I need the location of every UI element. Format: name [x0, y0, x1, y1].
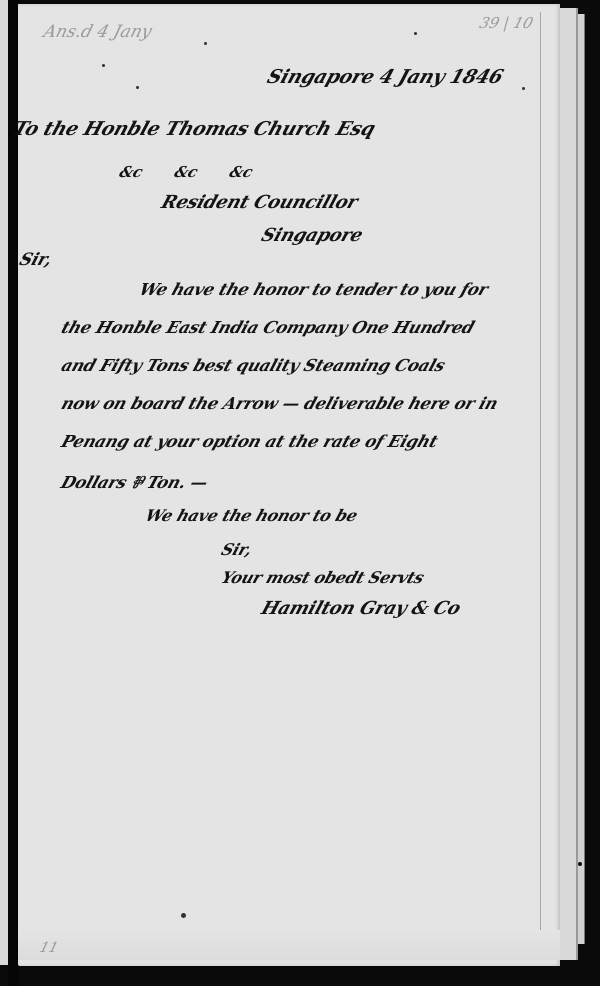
addressee-name: To the Honble Thomas Church Esq: [10, 118, 378, 140]
ink-speck: [414, 32, 417, 35]
folio-number: 39 | 10: [478, 14, 536, 32]
salutation: Sir,: [17, 250, 55, 270]
ink-speck: [522, 87, 525, 90]
pencil-annotation: Ans.d 4 Jany: [41, 22, 154, 42]
page-bottom-edge: [18, 930, 560, 960]
body-line: Dollars ⅌ Ton. —: [58, 470, 211, 493]
addressee-title: Resident Councillor: [159, 192, 361, 213]
body-line: We have the honor to tender to you for: [137, 280, 490, 299]
ink-speck: [578, 862, 582, 866]
closing-sir: Sir,: [219, 540, 254, 559]
page-fold-line: [540, 12, 541, 946]
body-line: now on board the Arrow — deliverable her…: [59, 394, 500, 413]
ink-speck: [136, 86, 139, 89]
ink-speck: [102, 64, 105, 67]
addressee-etc: &c &c &c: [117, 163, 255, 181]
addressee-place: Singapore: [259, 225, 366, 246]
dateline: Singapore 4 Jany 1846: [264, 66, 505, 88]
ink-speck: [181, 913, 186, 918]
ink-speck: [204, 42, 207, 45]
closing-servants: Your most obedt Servts: [219, 568, 427, 587]
signature: Hamilton Gray & Co: [259, 598, 464, 619]
closing-line: We have the honor to be: [143, 506, 360, 525]
body-line: the Honble East India Company One Hundre…: [59, 318, 477, 337]
body-line: and Fifty Tons best quality Steaming Coa…: [59, 356, 448, 375]
body-line: Penang at your option at the rate of Eig…: [59, 432, 440, 451]
adjacent-page-edge: [0, 0, 8, 965]
binding-spine: [8, 0, 18, 986]
